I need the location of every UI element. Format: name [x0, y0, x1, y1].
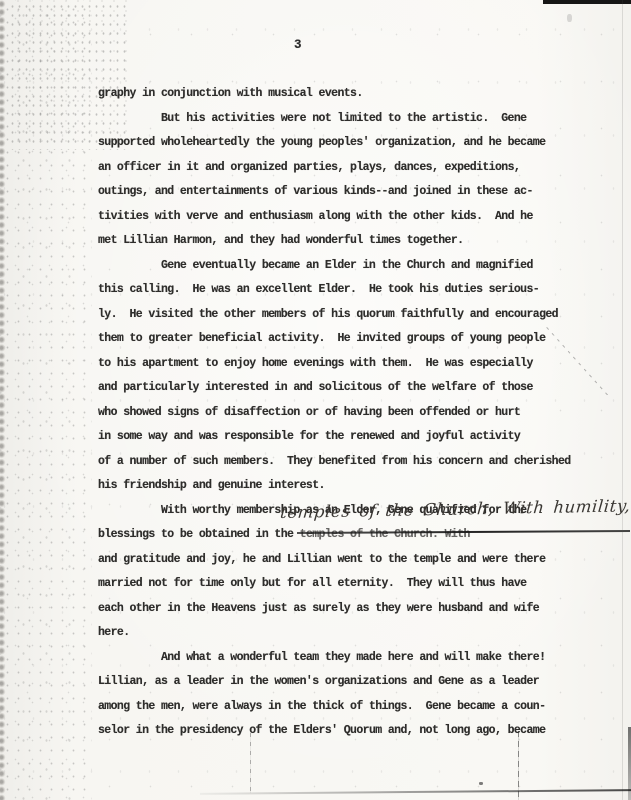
- typescript-body: graphy in conjunction with musical event…: [98, 82, 598, 744]
- typescript-line: each other in the Heavens just as surely…: [98, 597, 598, 622]
- page-left-edge: [0, 0, 7, 800]
- typescript-line: of a number of such members. They benefi…: [98, 450, 598, 475]
- typescript-line: selor in the presidency of the Elders' Q…: [98, 719, 598, 744]
- typescript-line: and particularly interested in and solic…: [98, 376, 598, 401]
- scan-artifact-vertical-line-left: [250, 733, 251, 793]
- typescript-line: blessings to be obtained in the temples …: [98, 523, 598, 548]
- struck-typescript-text: temples of the Church. With: [300, 528, 470, 541]
- typescript-line: them to greater beneficial activity. He …: [98, 327, 598, 352]
- typescript-line: outings, and entertainments of various k…: [98, 180, 598, 205]
- typescript-line: But his activities were not limited to t…: [98, 107, 598, 132]
- scan-artifact-bottom-line: [200, 789, 631, 794]
- scan-artifact-speck: [567, 14, 572, 22]
- typescript-line: and gratitude and joy, he and Lillian we…: [98, 548, 598, 573]
- scan-artifact-top-right-bar: [543, 0, 631, 4]
- typescript-line: ly. He visited the other members of his …: [98, 303, 598, 328]
- typescript-line: among the men, were always in the thick …: [98, 695, 598, 720]
- typescript-line: in some way and was responsible for the …: [98, 425, 598, 450]
- scan-artifact-speck: [479, 782, 483, 785]
- typescript-line: who showed signs of disaffection or of h…: [98, 401, 598, 426]
- page-right-edge: [622, 0, 623, 800]
- typescript-line: supported wholeheartedly the young peopl…: [98, 131, 598, 156]
- typescript-line: tivities with verve and enthusiasm along…: [98, 205, 598, 230]
- typescript-line: here.: [98, 621, 598, 646]
- scan-noise-left-margin: [0, 0, 92, 800]
- typescript-line: met Lillian Harmon, and they had wonderf…: [98, 229, 598, 254]
- typescript-line: this calling. He was an excellent Elder.…: [98, 278, 598, 303]
- page-number: 3: [294, 38, 302, 52]
- typescript-line: an officer in it and organized parties, …: [98, 156, 598, 181]
- scan-artifact-vertical-line-right: [518, 731, 519, 800]
- typescript-line: graphy in conjunction with musical event…: [98, 82, 598, 107]
- typescript-line: to his apartment to enjoy home evenings …: [98, 352, 598, 377]
- scanned-page: 3 graphy in conjunction with musical eve…: [0, 0, 631, 800]
- typescript-line: married not for time only but for all et…: [98, 572, 598, 597]
- typescript-line: his friendship and genuine interest.: [98, 474, 598, 499]
- typescript-line: Gene eventually became an Elder in the C…: [98, 254, 598, 279]
- typescript-line: Lillian, as a leader in the women's orga…: [98, 670, 598, 695]
- typescript-line: And what a wonderful team they made here…: [98, 646, 598, 671]
